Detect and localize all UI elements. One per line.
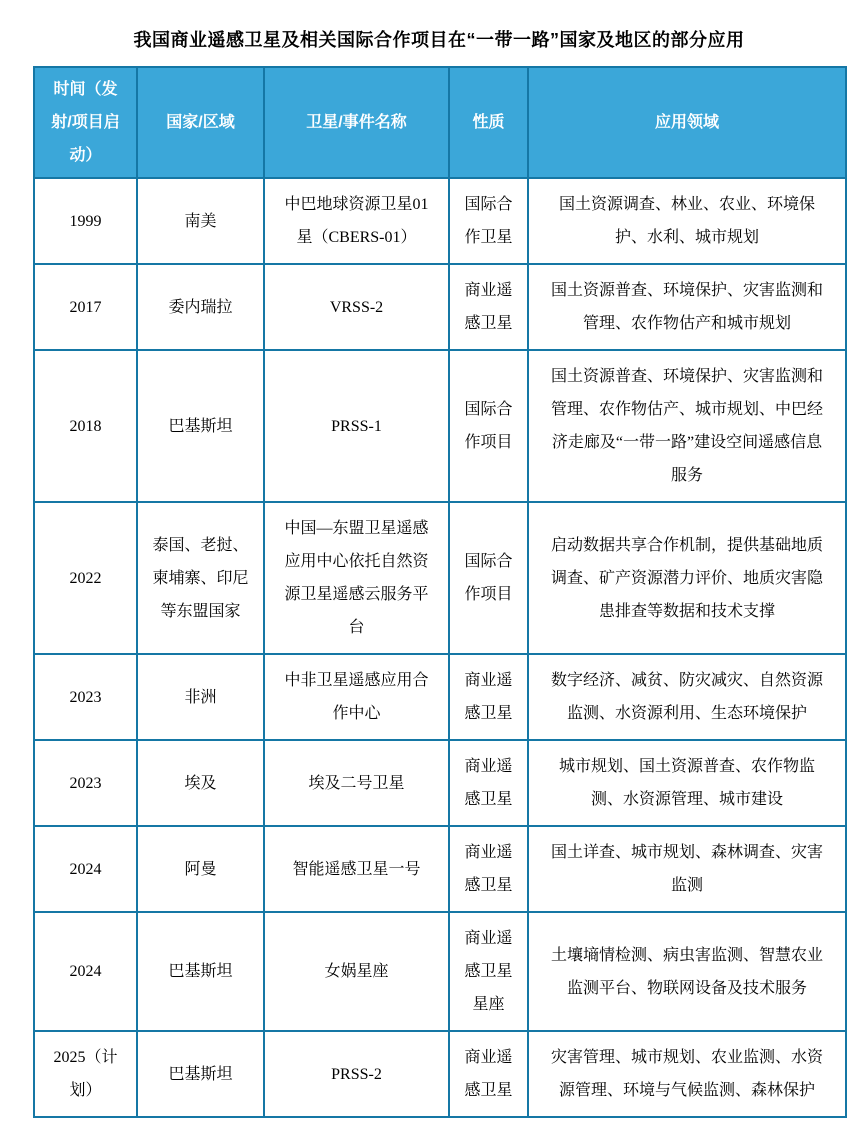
table-cell-col-nature: 商业遥感卫星 [449,826,528,912]
table-cell-col-apps: 启动数据共享合作机制，提供基础地质调查、矿产资源潜力评价、地质灾害隐患排查等数据… [528,502,846,654]
table-cell-col-apps: 国土资源普查、环境保护、灾害监测和管理、农作物估产和城市规划 [528,264,846,350]
table-cell-col-time: 2018 [34,350,137,502]
table-row: 2017委内瑞拉VRSS-2商业遥感卫星国土资源普查、环境保护、灾害监测和管理、… [34,264,846,350]
table-cell-col-country: 泰国、老挝、柬埔寨、印尼等东盟国家 [137,502,264,654]
table-cell-col-apps: 城市规划、国土资源普查、农作物监测、水资源管理、城市建设 [528,740,846,826]
table-row: 2018巴基斯坦PRSS-1国际合作项目国土资源普查、环境保护、灾害监测和管理、… [34,350,846,502]
table-cell-col-country: 南美 [137,178,264,264]
table-cell-col-satellite: VRSS-2 [264,264,449,350]
table-body: 1999南美中巴地球资源卫星01星（CBERS-01）国际合作卫星国土资源调查、… [34,178,846,1117]
table-cell-col-nature: 国际合作项目 [449,350,528,502]
table-cell-col-time: 2025（计划） [34,1031,137,1117]
table-row: 1999南美中巴地球资源卫星01星（CBERS-01）国际合作卫星国土资源调查、… [34,178,846,264]
table-cell-col-satellite: 中巴地球资源卫星01星（CBERS-01） [264,178,449,264]
table-cell-col-apps: 灾害管理、城市规划、农业监测、水资源管理、环境与气候监测、森林保护 [528,1031,846,1117]
table-cell-col-country: 阿曼 [137,826,264,912]
table-row: 2024巴基斯坦女娲星座商业遥感卫星星座土壤墒情检测、病虫害监测、智慧农业监测平… [34,912,846,1031]
table-cell-col-nature: 商业遥感卫星 [449,264,528,350]
table-cell-col-time: 2022 [34,502,137,654]
table-row: 2023埃及埃及二号卫星商业遥感卫星城市规划、国土资源普查、农作物监测、水资源管… [34,740,846,826]
table-cell-col-satellite: PRSS-1 [264,350,449,502]
table-cell-col-satellite: 中国—东盟卫星遥感应用中心依托自然资源卫星遥感云服务平台 [264,502,449,654]
table-cell-col-apps: 土壤墒情检测、病虫害监测、智慧农业监测平台、物联网设备及技术服务 [528,912,846,1031]
col-header-country: 国家/区域 [137,67,264,178]
col-header-satellite: 卫星/事件名称 [264,67,449,178]
page-title: 我国商业遥感卫星及相关国际合作项目在“一带一路”国家及地区的部分应用 [33,26,845,52]
table-row: 2025（计划）巴基斯坦PRSS-2商业遥感卫星灾害管理、城市规划、农业监测、水… [34,1031,846,1117]
col-header-applications: 应用领域 [528,67,846,178]
page: 我国商业遥感卫星及相关国际合作项目在“一带一路”国家及地区的部分应用 时间（发射… [0,0,858,1138]
table-cell-col-apps: 数字经济、减贫、防灾减灾、自然资源监测、水资源利用、生态环境保护 [528,654,846,740]
col-header-nature: 性质 [449,67,528,178]
table-cell-col-satellite: 女娲星座 [264,912,449,1031]
table-cell-col-nature: 国际合作卫星 [449,178,528,264]
table-cell-col-time: 2024 [34,826,137,912]
table-cell-col-time: 1999 [34,178,137,264]
satellite-applications-table: 时间（发射/项目启动） 国家/区域 卫星/事件名称 性质 应用领域 1999南美… [33,66,847,1118]
table-cell-col-time: 2023 [34,740,137,826]
table-row: 2022泰国、老挝、柬埔寨、印尼等东盟国家中国—东盟卫星遥感应用中心依托自然资源… [34,502,846,654]
table-cell-col-nature: 商业遥感卫星星座 [449,912,528,1031]
table-cell-col-time: 2024 [34,912,137,1031]
table-cell-col-nature: 商业遥感卫星 [449,654,528,740]
table-cell-col-country: 委内瑞拉 [137,264,264,350]
table-cell-col-country: 巴基斯坦 [137,1031,264,1117]
table-row: 2023非洲中非卫星遥感应用合作中心商业遥感卫星数字经济、减贫、防灾减灾、自然资… [34,654,846,740]
table-cell-col-satellite: 中非卫星遥感应用合作中心 [264,654,449,740]
table-cell-col-satellite: PRSS-2 [264,1031,449,1117]
table-cell-col-apps: 国土资源普查、环境保护、灾害监测和管理、农作物估产、城市规划、中巴经济走廊及“一… [528,350,846,502]
header-row: 时间（发射/项目启动） 国家/区域 卫星/事件名称 性质 应用领域 [34,67,846,178]
table-cell-col-country: 非洲 [137,654,264,740]
col-header-time: 时间（发射/项目启动） [34,67,137,178]
table-cell-col-country: 埃及 [137,740,264,826]
table-cell-col-satellite: 埃及二号卫星 [264,740,449,826]
table-cell-col-time: 2023 [34,654,137,740]
table-cell-col-country: 巴基斯坦 [137,912,264,1031]
table-cell-col-country: 巴基斯坦 [137,350,264,502]
table-row: 2024阿曼智能遥感卫星一号商业遥感卫星国土详查、城市规划、森林调查、灾害监测 [34,826,846,912]
table-cell-col-apps: 国土详查、城市规划、森林调查、灾害监测 [528,826,846,912]
table-cell-col-nature: 商业遥感卫星 [449,740,528,826]
table-cell-col-satellite: 智能遥感卫星一号 [264,826,449,912]
table-cell-col-nature: 国际合作项目 [449,502,528,654]
table-cell-col-apps: 国土资源调查、林业、农业、环境保护、水利、城市规划 [528,178,846,264]
table-cell-col-nature: 商业遥感卫星 [449,1031,528,1117]
table-cell-col-time: 2017 [34,264,137,350]
